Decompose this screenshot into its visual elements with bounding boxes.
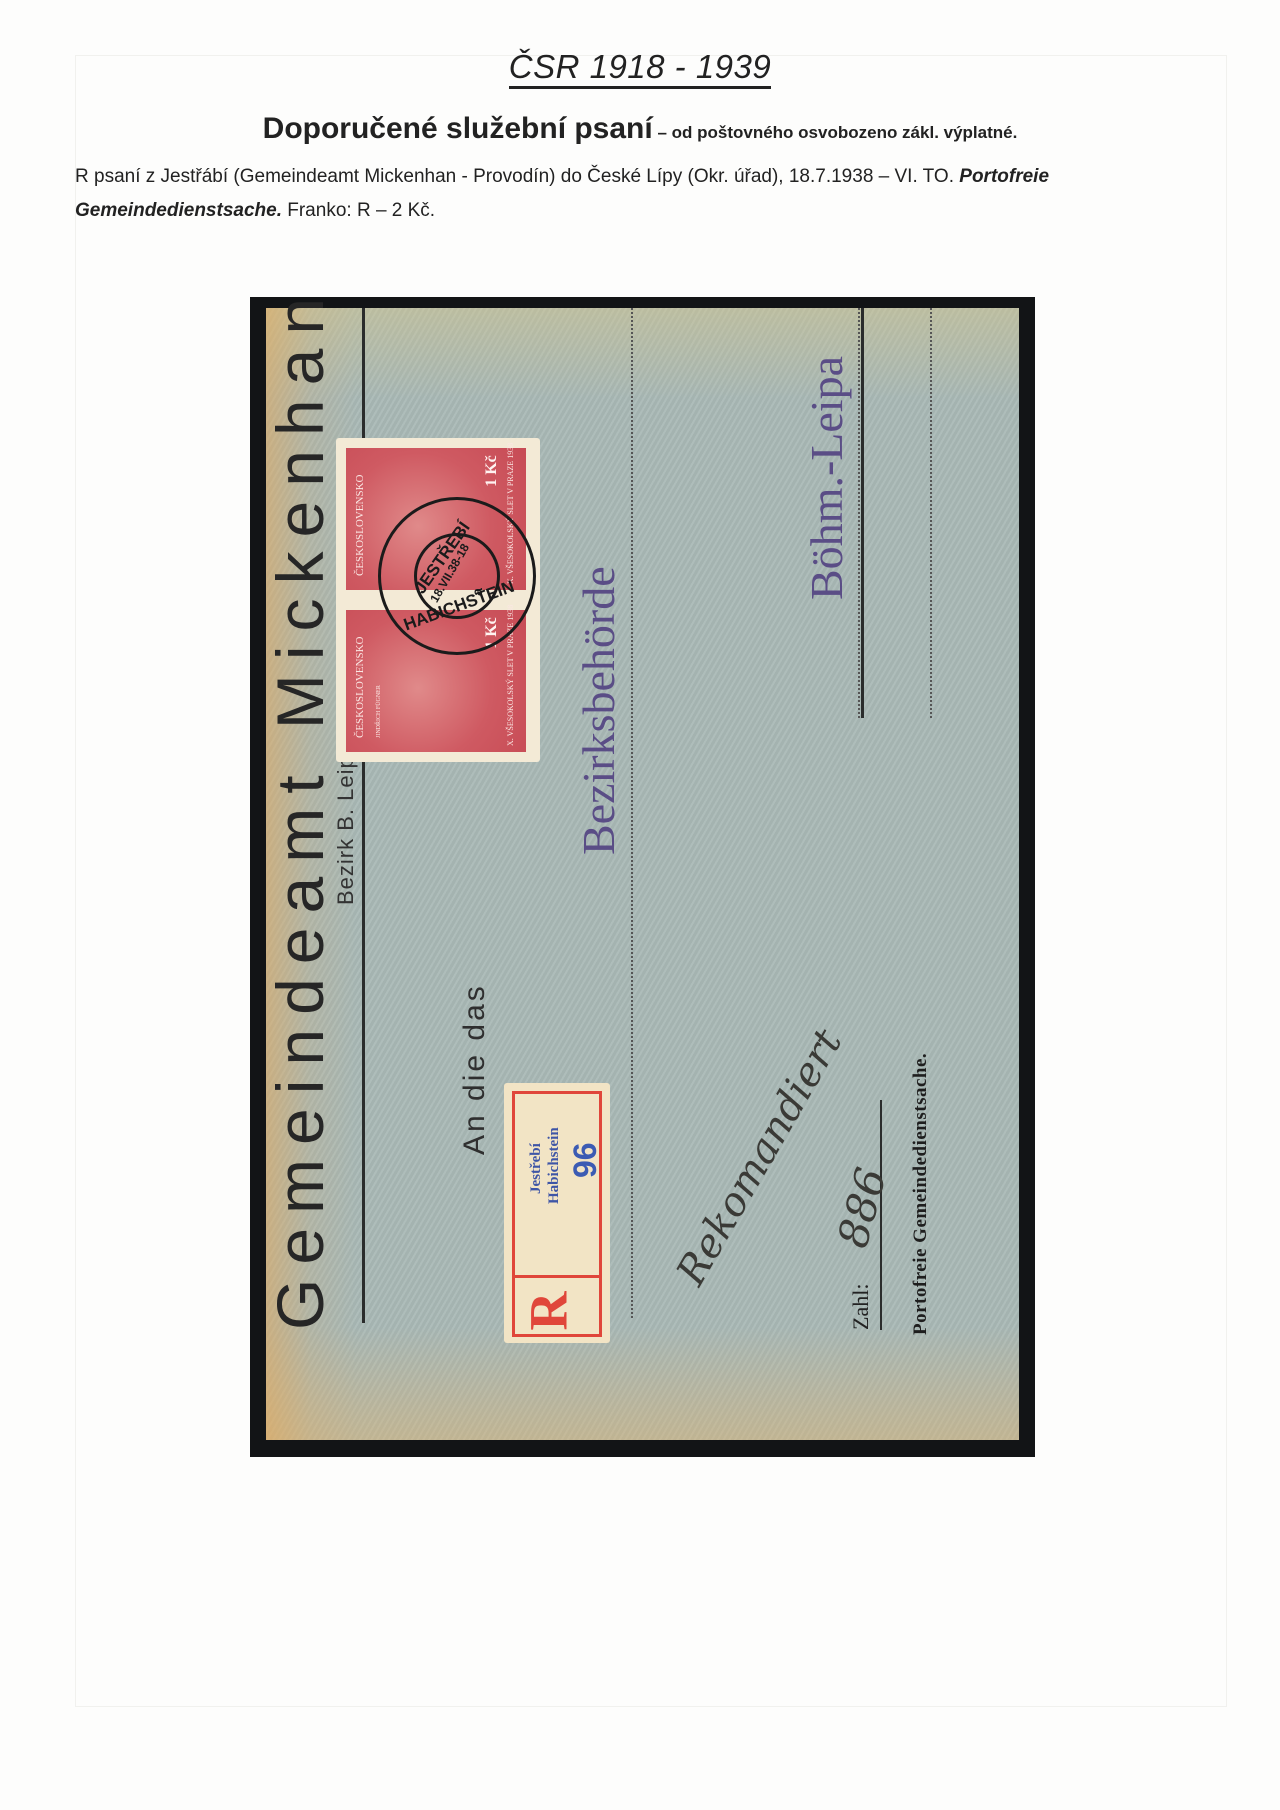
registration-place-de: Habichstein: [545, 1127, 563, 1204]
registration-place-cz: Jestřebí: [527, 1143, 545, 1194]
page-title: ČSR 1918 - 1939: [0, 48, 1280, 86]
postmark: JESTŘEBÍ HABICHSTEIN 18.VII.38-18 a: [378, 497, 536, 655]
subtitle-note: – od poštovného osvobozeno zákl. výplatn…: [653, 123, 1018, 142]
sender-district: Bezirk B. Leipa: [333, 742, 359, 905]
address-dotted-line-3: [930, 308, 932, 718]
addressee-line-2: Böhm.-Leipa: [800, 356, 853, 600]
registration-number: 96: [567, 1142, 604, 1178]
address-dotted-line-1: [631, 308, 633, 1318]
subtitle-main: Doporučené služební psaní: [263, 112, 653, 145]
addressee-line-1: Bezirksbehörde: [572, 566, 625, 855]
description-italic-2: Gemeindedienstsache.: [75, 200, 282, 221]
description-italic-1: Portofreie: [959, 166, 1049, 187]
description-text: R psaní z Jestřábí (Gemeindeamt Mickenha…: [75, 166, 959, 187]
registration-letter-box: R: [515, 1275, 599, 1334]
registration-label: Jestřebí Habichstein 96 R: [504, 1083, 610, 1343]
reference-label: Zahl:: [848, 1284, 874, 1330]
registration-label-frame: Jestřebí Habichstein 96 R: [512, 1091, 602, 1337]
stamp-2-portrait-name: JINDŘICH FÜGNER: [376, 685, 382, 738]
sender-imprint: Gemeindeamt Mickenhan: [262, 284, 338, 1330]
stamp-1-country: ČESKOSLOVENSKO: [354, 475, 366, 576]
stamp-2-country: ČESKOSLOVENSKO: [354, 637, 366, 738]
stamp-1-value: 1 Kč: [483, 455, 501, 487]
page-title-text: ČSR 1918 - 1939: [509, 48, 772, 89]
address-prefix: An die das: [458, 983, 492, 1155]
page-subtitle: Doporučené služební psaní – od poštovnéh…: [0, 112, 1280, 146]
footer-imprint: Portofreie Gemeindedienstsache.: [910, 1053, 932, 1335]
description-tail: Franko: R – 2 Kč.: [282, 200, 435, 221]
address-rule: [861, 308, 864, 718]
registration-letter: R: [518, 1292, 580, 1331]
cover-description: R psaní z Jestřábí (Gemeindeamt Mickenha…: [75, 160, 1210, 228]
address-dotted-line-2: [858, 308, 860, 718]
postmark-series: a: [469, 588, 485, 596]
